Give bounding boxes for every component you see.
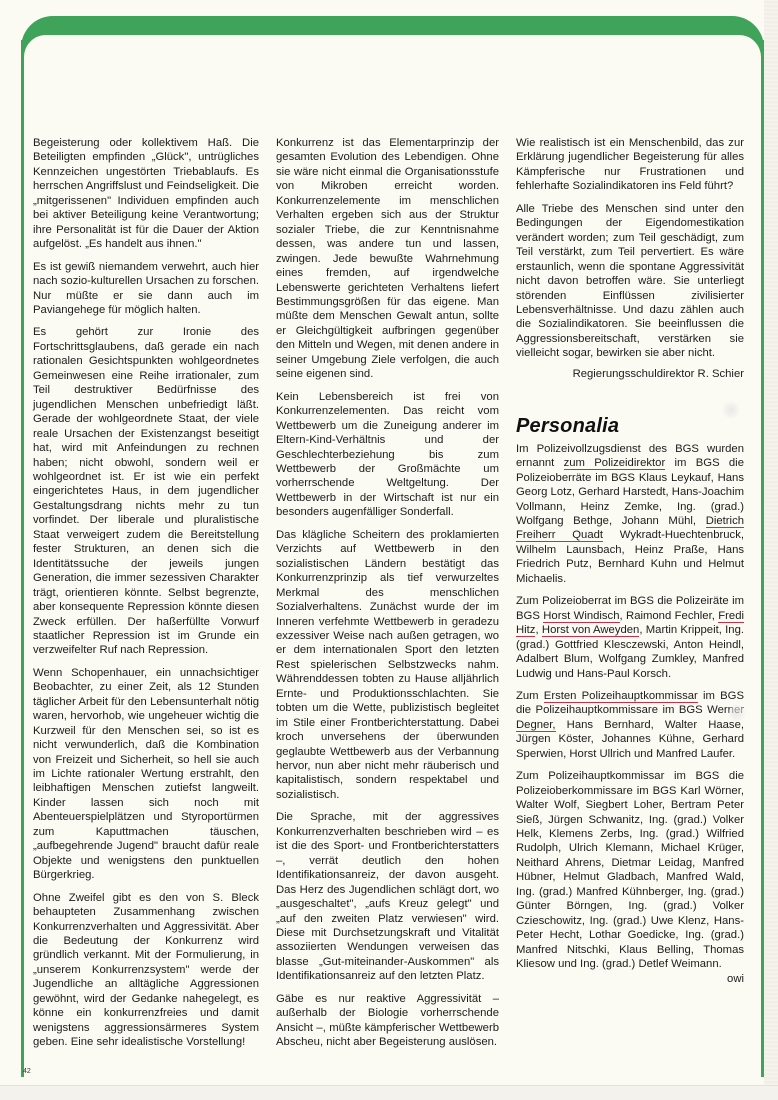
underlined-text: Horst Windisch [543, 610, 619, 623]
personalia-paragraph: Zum Ersten Polizeihauptkommissar im BGS … [516, 689, 744, 761]
paragraph: Wenn Schopenhauer, ein unnachsichtiger B… [33, 666, 259, 883]
underlined-text: Horst von Aweyden [542, 624, 639, 637]
paragraph: Es gehört zur Ironie des Fortschrittsgla… [33, 325, 259, 657]
article-column-3: Wie realistisch ist ein Menschenbild, da… [516, 136, 744, 986]
paragraph: Wie realistisch ist ein Menschenbild, da… [516, 136, 744, 194]
paragraph: Begeisterung oder kollektivem Haß. Die B… [33, 136, 259, 252]
page-number: 42 [23, 1068, 31, 1075]
page-edge-right [764, 0, 778, 1100]
paragraph: Das klägliche Scheitern des proklamierte… [276, 528, 499, 803]
paragraph: Gäbe es nur reaktive Aggressivität – auß… [276, 992, 499, 1050]
paragraph: Ohne Zweifel gibt es den von S. Bleck be… [33, 891, 259, 1050]
paragraph: Kein Lebensbereich ist frei von Konkurre… [276, 390, 499, 520]
text: Zum [516, 690, 544, 702]
underlined-text: Ersten Polizeihauptkommissar [544, 690, 698, 703]
article-column-2: Konkurrenz ist das Elementarprinzip der … [276, 136, 499, 1058]
frame-inner-cutout [24, 35, 761, 75]
personalia-paragraph: Zum Polizeihauptkommissar im BGS die Pol… [516, 769, 744, 971]
section-heading-personalia: Personalia [516, 419, 744, 433]
paper-smudge [728, 704, 746, 722]
underlined-text: Degner, [516, 719, 556, 732]
page-edge-bottom [0, 1085, 778, 1100]
paper-smudge [722, 401, 740, 419]
paragraph: Es ist gewiß niemandem verwehrt, auch hi… [33, 260, 259, 318]
green-frame-left [21, 40, 24, 1077]
author-signature: Regierungsschuldirektor R. Schier [516, 367, 744, 381]
article-column-1: Begeisterung oder kollektivem Haß. Die B… [33, 136, 259, 1058]
paragraph: Alle Triebe des Menschen sind unter den … [516, 202, 744, 361]
green-frame-right [761, 40, 764, 1077]
underlined-text: zum Polizeidirektor [564, 457, 666, 470]
personalia-paragraph: Zum Polizeioberrat im BGS die Polizeirät… [516, 594, 744, 681]
text: , Raimond Fechler, [620, 610, 719, 622]
text: , [535, 624, 541, 636]
personalia-paragraph: Im Polizeivollzugsdienst des BGS wurden … [516, 442, 744, 587]
paragraph: Konkurrenz ist das Elementarprinzip der … [276, 136, 499, 382]
editor-initials: owi [516, 972, 744, 986]
paragraph: Die Sprache, mit der aggressives Konkurr… [276, 810, 499, 983]
